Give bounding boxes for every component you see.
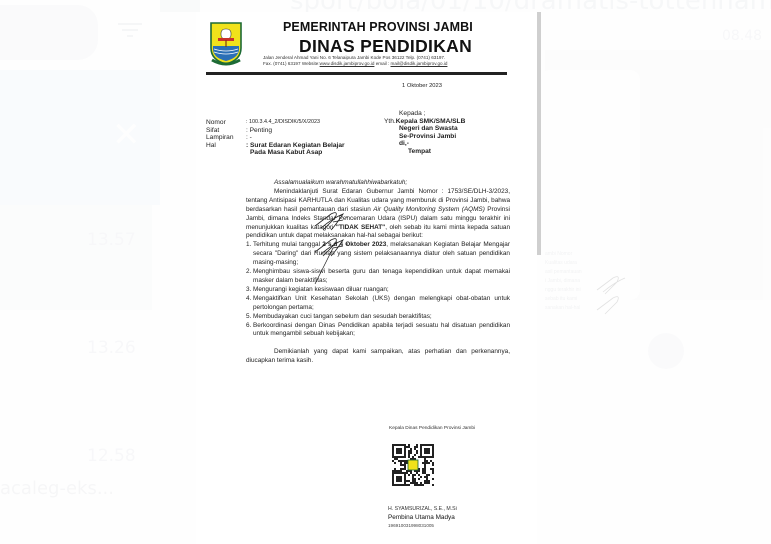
meta-sifat: Sifat: Penting (206, 127, 345, 135)
list-item: 5.Membudayakan cuci tangan sebelum dan s… (246, 313, 510, 322)
list-text-bold: 2 s.d 4 Oktober 2023 (322, 241, 386, 248)
list-number: 4. (246, 295, 253, 313)
document-page: PEMERINTAH PROVINSI JAMBI DINAS PENDIDIK… (196, 12, 537, 544)
list-text: Mengurangi kegiatan kesiswaan diluar rua… (253, 286, 510, 295)
list-item: 1.Terhitung mulai tanggal 2 s.d 4 Oktobe… (246, 241, 510, 268)
menu-icon[interactable] (118, 23, 142, 41)
list-text: Membudayakan cuci tangan sebelum dan ses… (253, 313, 510, 322)
list-item: 2.Menghimbau siswa-siswi beserta guru da… (246, 268, 510, 286)
qr-code-icon (392, 444, 434, 486)
list-text-part: Terhitung mulai tanggal (253, 241, 322, 248)
intro-italic: Air Quality Monitoring System (AQMS) (373, 206, 485, 213)
background-search-box[interactable] (0, 5, 98, 60)
background-timestamp: 08.48 (722, 28, 762, 44)
instruction-list: 1.Terhitung mulai tanggal 2 s.d 4 Oktobe… (246, 241, 510, 339)
meta-label: Lampiran (206, 134, 246, 142)
meta-label: Hal (206, 142, 246, 150)
signatory-rank: Pembina Utama Madya (388, 514, 455, 521)
background-timestamp: 12.58 (87, 446, 136, 466)
letterhead: PEMERINTAH PROVINSI JAMBI DINAS PENDIDIK… (196, 12, 537, 77)
meta-hal: Hal: Surat Edaran Kegiatan Belajar (206, 142, 345, 150)
background-timestamp: 13.26 (87, 338, 136, 358)
background-list-item[interactable] (0, 205, 152, 310)
list-item: 4.Mengaktifkan Unit Kesehatan Sekolah (U… (246, 295, 510, 313)
recipient-line: Se-Provinsi Jambi (384, 133, 465, 141)
meta-label: Nomor (206, 119, 246, 127)
closing-paragraph: Demikianlah yang dapat kami sampaikan, a… (246, 348, 510, 366)
screen: sport/bola/01/10/dramatis-tottenham-teku… (0, 0, 771, 544)
list-text: Terhitung mulai tanggal 2 s.d 4 Oktober … (253, 241, 510, 268)
agency-address: Jalan Jenderal Ahmad Yani No. 6 Telanaip… (263, 55, 447, 67)
list-text: Menghimbau siswa-siswi beserta guru dan … (253, 268, 510, 286)
air-quality-status: "TIDAK SEHAT" (336, 224, 385, 231)
recipient-block: Kepada ; Yth.Kepala SMK/SMA/SLB Negeri d… (384, 110, 465, 156)
document-scrollbar[interactable] (537, 12, 541, 255)
close-icon[interactable]: ✕ (112, 115, 141, 155)
list-number: 2. (246, 268, 253, 286)
letter-body: Assalamualaikum warahmatullahhiwabarkatu… (246, 179, 510, 366)
meta-label: Sifat (206, 127, 246, 135)
agency-name: DINAS PENDIDIKAN (299, 36, 472, 57)
recipient-line: Tempat (384, 148, 465, 156)
meta-value: : Surat Edaran Kegiatan Belajar (246, 142, 345, 150)
fax-text: Fax. (0741) 63197 Website: (263, 61, 320, 66)
list-text: Mengaktifkan Unit Kesehatan Sekolah (UKS… (253, 295, 510, 313)
government-name: PEMERINTAH PROVINSI JAMBI (283, 20, 473, 34)
recipient-line: di,- (384, 140, 465, 148)
list-number: 5. (246, 313, 253, 322)
email-label: email : (374, 61, 390, 66)
background-tab[interactable] (160, 0, 200, 12)
background-timestamp: 13.57 (87, 230, 136, 250)
letter-date: 1 Oktober 2023 (402, 83, 442, 89)
website-link[interactable]: www.disdik.jambiprov.go.id (320, 61, 375, 66)
recipient-line: Yth.Kepala SMK/SMA/SLB (384, 118, 465, 126)
intro-paragraph: Menindaklanjuti Surat Edaran Gubernur Ja… (246, 188, 510, 241)
list-number: 1. (246, 241, 253, 268)
list-text: Berkoordinasi dengan Dinas Pendidikan ap… (253, 322, 510, 340)
signatory-nip: 196910031998031005 (388, 523, 434, 528)
meta-value: : Penting (246, 127, 272, 135)
meta-value: : - (246, 134, 252, 142)
background-caption: acaleg-eks... (0, 478, 114, 499)
email-link[interactable]: mail@disdik.jambiprov.go.id (391, 61, 448, 66)
province-emblem-icon (208, 20, 244, 66)
recipient-title: Kepala SMK/SMA/SLB (396, 118, 466, 125)
signatory-name: H. SYAMSURIZAL, S.E., M.Si (388, 506, 457, 512)
list-item: 6.Berkoordinasi dengan Dinas Pendidikan … (246, 322, 510, 340)
faint-paraf-icon (595, 270, 635, 340)
recipient-line: Negeri dan Swasta (384, 125, 465, 133)
meta-value: : 100.3.4.4_2/DISDIK/5/X/2023 (246, 119, 320, 127)
greeting: Assalamualaikum warahmatullahhiwabarkatu… (246, 179, 510, 188)
recipient-yth: Yth. (384, 118, 396, 125)
meta-hal-continued: Pada Masa Kabut Asap (206, 149, 345, 157)
list-number: 6. (246, 322, 253, 340)
letter-metadata: Nomor: 100.3.4.4_2/DISDIK/5/X/2023 Sifat… (206, 119, 345, 157)
meta-nomor: Nomor: 100.3.4.4_2/DISDIK/5/X/2023 (206, 119, 345, 127)
recipient-kepada: Kepada ; (384, 110, 465, 118)
meta-lampiran: Lampiran: - (206, 134, 345, 142)
share-icon[interactable] (648, 333, 684, 369)
list-number: 3. (246, 286, 253, 295)
contact-line: Fax. (0741) 63197 Website:www.disdik.jam… (263, 61, 447, 67)
signatory-title: Kepala Dinas Pendidikan Provinsi Jambi (389, 426, 475, 431)
letterhead-divider (206, 72, 507, 75)
list-item: 3.Mengurangi kegiatan kesiswaan diluar r… (246, 286, 510, 295)
